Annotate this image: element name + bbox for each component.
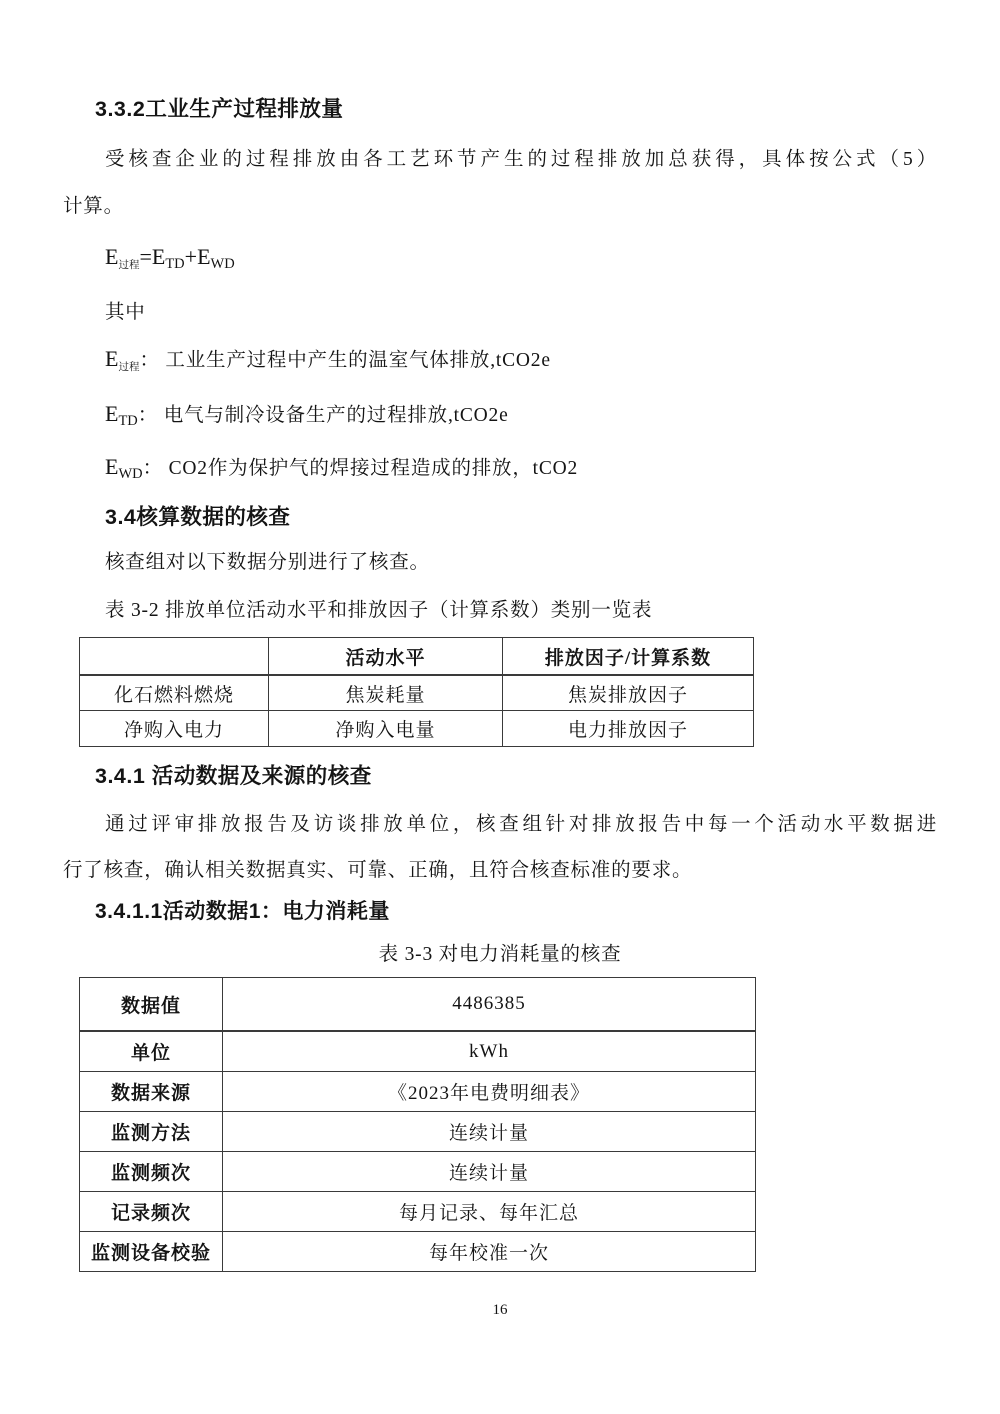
definition-term: E — [105, 346, 118, 371]
definition-text: ： 电气与制冷设备生产的过程排放,tCO2e — [138, 405, 509, 426]
table-row: 监测频次 连续计量 — [80, 1152, 756, 1192]
paragraph-3-4-1-line-1: 通过评审排放报告及访谈排放单位，核查组针对排放报告中每一个活动水平数据进 — [63, 811, 937, 839]
table-label-equipment-calibration: 监测设备校验 — [80, 1232, 223, 1272]
table-row: 化石燃料燃烧 焦炭耗量 焦炭排放因子 — [80, 675, 754, 711]
table-label-unit: 单位 — [80, 1031, 223, 1072]
table-value-data-value: 4486385 — [223, 978, 756, 1032]
table-value-unit: kWh — [223, 1031, 756, 1072]
table-value-monitoring-frequency: 连续计量 — [223, 1152, 756, 1192]
section-heading-3-4: 3.4核算数据的核查 — [105, 504, 937, 530]
section-heading-3-4-1-1: 3.4.1.1活动数据1：电力消耗量 — [95, 899, 937, 925]
paragraph-3-4: 核查组对以下数据分别进行了核查。 — [105, 549, 937, 577]
table-row: 数据来源 《2023年电费明细表》 — [80, 1072, 756, 1112]
table-3-2-activity-emission-factor: 活动水平 排放因子/计算系数 化石燃料燃烧 焦炭耗量 焦炭排放因子 净购入电力 … — [79, 637, 754, 747]
table-header-activity-level: 活动水平 — [269, 638, 503, 676]
formula-subscript-process: 过程 — [118, 260, 139, 271]
paragraph-3-4-1-line-2: 行了核查，确认相关数据真实、可靠、正确，且符合核查标准的要求。 — [63, 857, 937, 885]
table-value-monitoring-method: 连续计量 — [223, 1112, 756, 1152]
formula-where-label: 其中 — [105, 299, 937, 327]
document-page: 3.3.2工业生产过程排放量 受核查企业的过程排放由各工艺环节产生的过程排放加总… — [0, 0, 1000, 1414]
definition-term: E — [105, 401, 118, 426]
definition-text: ： 工业生产过程中产生的温室气体排放,tCO2e — [139, 350, 550, 371]
table-cell: 净购入电力 — [80, 711, 269, 747]
formula-plus-e: +E — [185, 244, 211, 269]
page-number: 16 — [63, 1302, 937, 1319]
table-row: 单位 kWh — [80, 1031, 756, 1072]
table-cell: 化石燃料燃烧 — [80, 675, 269, 711]
table-label-data-source: 数据来源 — [80, 1072, 223, 1112]
table-label-data-value: 数据值 — [80, 978, 223, 1032]
table-cell: 净购入电量 — [269, 711, 503, 747]
table-label-monitoring-frequency: 监测频次 — [80, 1152, 223, 1192]
formula-equals-e: =E — [139, 244, 165, 269]
table-cell: 电力排放因子 — [503, 711, 754, 747]
table-value-equipment-calibration: 每年校准一次 — [223, 1232, 756, 1272]
definition-e-td: ETD： 电气与制冷设备生产的过程排放,tCO2e — [105, 400, 937, 435]
definition-subscript: 过程 — [118, 362, 139, 373]
table-row: 监测方法 连续计量 — [80, 1112, 756, 1152]
definition-e-process: E过程： 工业生产过程中产生的温室气体排放,tCO2e — [105, 345, 937, 382]
table-cell: 焦炭耗量 — [269, 675, 503, 711]
table-3-2-caption: 表 3-2 排放单位活动水平和排放因子（计算系数）类别一览表 — [105, 597, 937, 625]
table-label-monitoring-method: 监测方法 — [80, 1112, 223, 1152]
table-row: 活动水平 排放因子/计算系数 — [80, 638, 754, 676]
table-row: 数据值 4486385 — [80, 978, 756, 1032]
table-label-record-frequency: 记录频次 — [80, 1192, 223, 1232]
table-header-emission-factor: 排放因子/计算系数 — [503, 638, 754, 676]
section-heading-3-4-1: 3.4.1 活动数据及来源的核查 — [95, 763, 937, 789]
definition-subscript: TD — [118, 413, 137, 429]
table-row: 记录频次 每月记录、每年汇总 — [80, 1192, 756, 1232]
table-value-record-frequency: 每月记录、每年汇总 — [223, 1192, 756, 1232]
table-cell: 焦炭排放因子 — [503, 675, 754, 711]
definition-subscript: WD — [118, 466, 142, 482]
table-3-3-electricity-consumption-verification: 数据值 4486385 单位 kWh 数据来源 《2023年电费明细表》 监测方… — [79, 977, 756, 1272]
formula-subscript-wd: WD — [211, 256, 235, 272]
table-header-empty — [80, 638, 269, 676]
paragraph-3-3-2-line-2: 计算。 — [63, 193, 937, 221]
definition-e-wd: EWD： CO2作为保护气的焊接过程造成的排放，tCO2 — [105, 453, 937, 488]
definition-text: ： CO2作为保护气的焊接过程造成的排放，tCO2 — [143, 458, 578, 479]
section-heading-3-3-2: 3.3.2工业生产过程排放量 — [95, 96, 937, 122]
formula-term-e: E — [105, 244, 118, 269]
formula-process-emissions: E过程=ETD+EWD — [105, 243, 937, 280]
definition-term: E — [105, 454, 118, 479]
table-row: 监测设备校验 每年校准一次 — [80, 1232, 756, 1272]
paragraph-3-3-2-line-1: 受核查企业的过程排放由各工艺环节产生的过程排放加总获得，具体按公式（5） — [63, 146, 937, 174]
table-3-3-caption: 表 3-3 对电力消耗量的核查 — [63, 941, 937, 969]
table-row: 净购入电力 净购入电量 电力排放因子 — [80, 711, 754, 747]
formula-subscript-td: TD — [165, 256, 184, 272]
table-value-data-source: 《2023年电费明细表》 — [223, 1072, 756, 1112]
